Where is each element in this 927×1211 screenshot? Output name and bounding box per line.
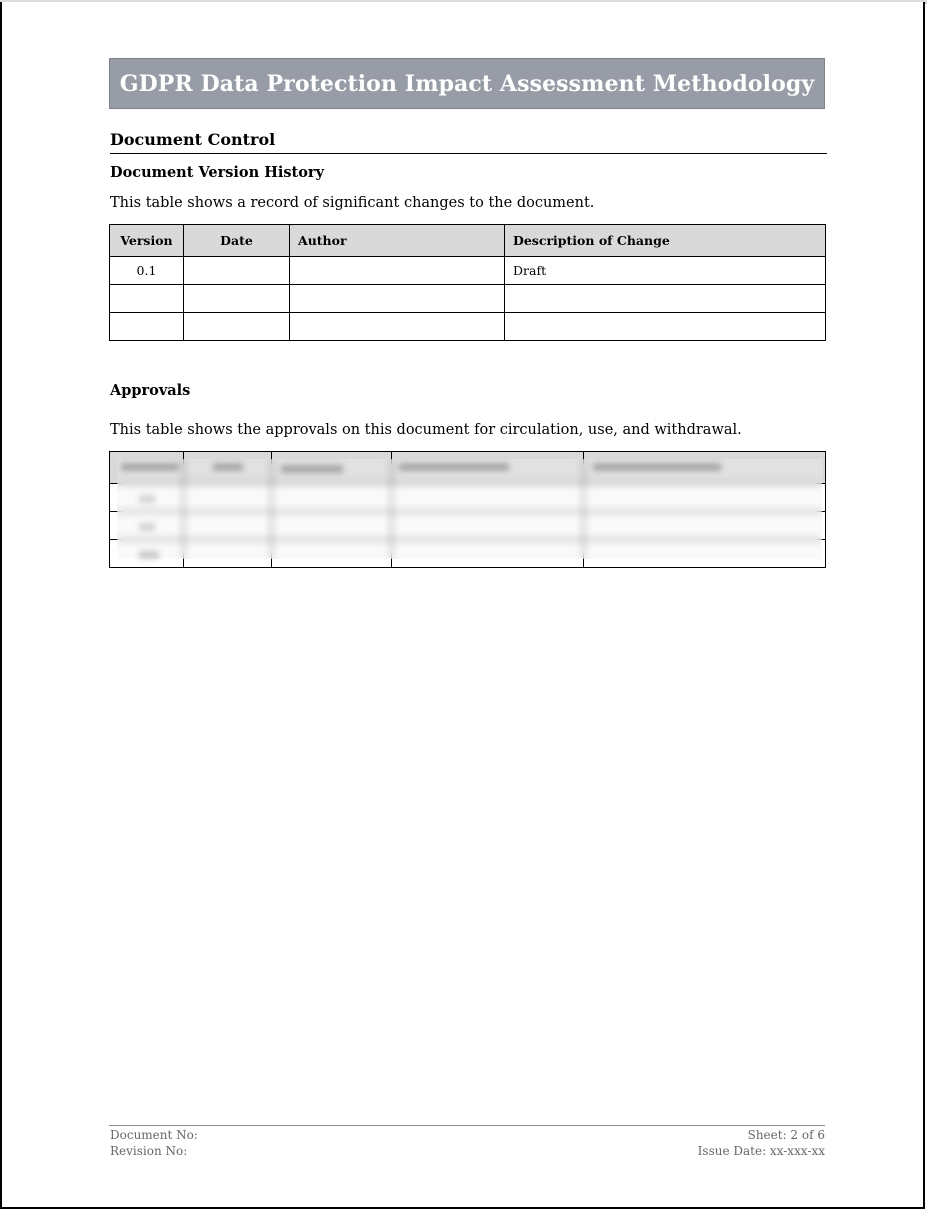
document-no-label: Document No:: [110, 1127, 198, 1143]
section-heading-document-control: Document Control: [110, 130, 827, 154]
approvals-table-blurred: [109, 451, 825, 566]
table-row: [110, 313, 826, 341]
cell-description: Draft: [505, 257, 826, 285]
revision-no-label: Revision No:: [110, 1143, 198, 1159]
blurred-text: [399, 463, 509, 471]
column-header-author: Author: [290, 225, 505, 257]
blurred-text: [121, 463, 179, 471]
blurred-text: [213, 463, 243, 471]
version-history-table: Version Date Author Description of Chang…: [109, 224, 826, 341]
issue-date: Issue Date: xx-xxx-xx: [698, 1143, 825, 1159]
table-row: 0.1 Draft: [110, 257, 826, 285]
cell-date: [184, 285, 290, 313]
blurred-text: [593, 463, 721, 471]
blur-mask: [117, 459, 822, 559]
cell-version: [110, 313, 184, 341]
table-header-row: Version Date Author Description of Chang…: [110, 225, 826, 257]
column-header-description: Description of Change: [505, 225, 826, 257]
cell-description: [505, 313, 826, 341]
cell-version: [110, 285, 184, 313]
blurred-text: [139, 551, 159, 559]
cell-date: [184, 257, 290, 285]
cell-version: 0.1: [110, 257, 184, 285]
cell-author: [290, 257, 505, 285]
document-page: [0, 2, 925, 1209]
sheet-number: Sheet: 2 of 6: [698, 1127, 825, 1143]
document-title-banner: GDPR Data Protection Impact Assessment M…: [109, 58, 825, 109]
cell-description: [505, 285, 826, 313]
column-header-date: Date: [184, 225, 290, 257]
footer-divider: [109, 1125, 825, 1126]
approvals-heading: Approvals: [110, 382, 190, 399]
version-history-heading: Document Version History: [110, 164, 324, 181]
cell-author: [290, 313, 505, 341]
blurred-text: [139, 495, 155, 503]
approvals-intro: This table shows the approvals on this d…: [110, 422, 742, 438]
blurred-text: [281, 465, 343, 473]
column-header-version: Version: [110, 225, 184, 257]
document-title: GDPR Data Protection Impact Assessment M…: [120, 71, 815, 97]
footer-left: Document No: Revision No:: [110, 1127, 198, 1159]
cell-date: [184, 313, 290, 341]
blurred-text: [139, 523, 155, 531]
table-row: [110, 285, 826, 313]
version-history-intro: This table shows a record of significant…: [110, 195, 594, 211]
cell-author: [290, 285, 505, 313]
footer-right: Sheet: 2 of 6 Issue Date: xx-xxx-xx: [698, 1127, 825, 1159]
